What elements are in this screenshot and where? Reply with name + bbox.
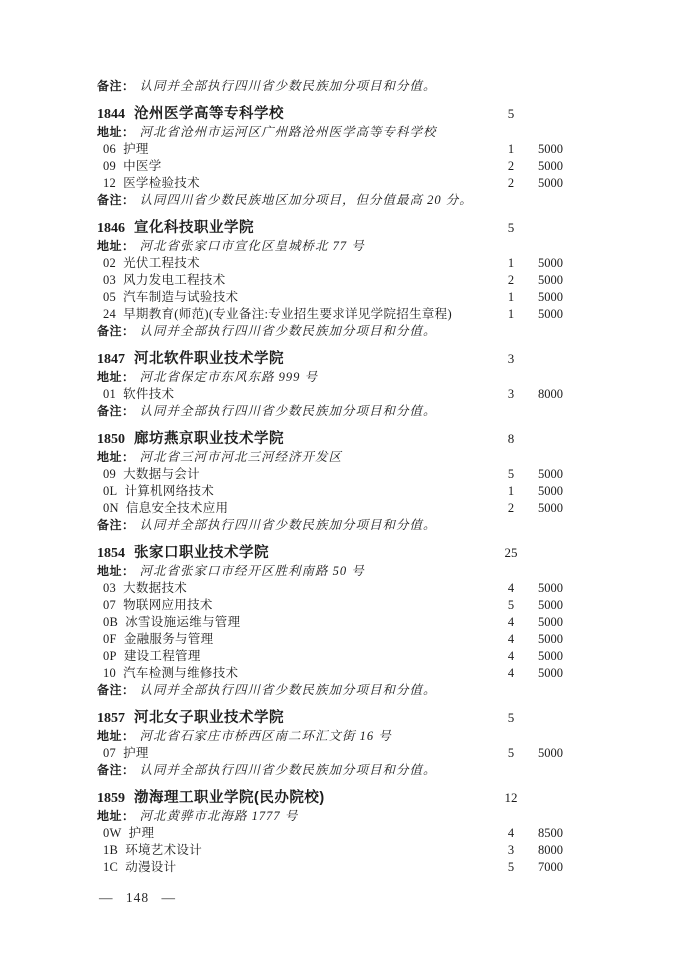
address-text: 河北省保定市东风东路 999 号 [140,370,319,384]
major-name: 环境艺术设计 [125,843,202,857]
major-tuition: 5000 [526,614,563,631]
address-row: 地址：河北省张家口市经开区胜利南路 50 号 [97,563,563,580]
major-row: 09大数据与会计 5 5000 [97,466,563,483]
section-note: 备注：认同并全部执行四川省少数民族加分项目和分值。 [97,517,563,534]
major-title: 1B环境艺术设计 [97,842,496,859]
document-page: { "labels": { "address": "地址：", "note": … [0,0,680,961]
major-name: 光伏工程技术 [123,256,200,270]
major-row: 24早期教育(师范)(专业备注:专业招生要求详见学院招生章程) 1 5000 [97,306,563,323]
major-name: 护理 [129,826,155,840]
major-list: 09大数据与会计 5 5000 0L计算机网络技术 1 5000 0N信息安全技… [97,466,563,517]
school-name: 沧州医学高等专科学校 [134,106,284,122]
major-row: 07护理 5 5000 [97,745,563,762]
major-row: 07物联网应用技术 5 5000 [97,597,563,614]
major-row: 01软件技术 3 8000 [97,386,563,403]
section-note: 备注：认同四川省少数民族地区加分项目，但分值最高 20 分。 [97,192,563,209]
major-list: 07护理 5 5000 [97,745,563,762]
major-plan-count: 5 [496,859,526,876]
address-label: 地址： [97,809,135,823]
major-name: 汽车制造与试验技术 [123,290,238,304]
major-row: 0F金融服务与管理 4 5000 [97,631,563,648]
major-plan-count: 2 [496,272,526,289]
major-code: 09 [103,159,116,173]
school-section: 1844沧州医学高等专科学校 5 地址：河北省沧州市运河区广州路沧州医学高等专科… [97,105,563,209]
major-tuition: 5000 [526,597,563,614]
major-code: 1B [103,843,118,857]
major-code: 0N [103,501,119,515]
major-row: 0B冰雪设施运维与管理 4 5000 [97,614,563,631]
address-row: 地址：河北省沧州市运河区广州路沧州医学高等专科学校 [97,124,563,141]
major-list: 06护理 1 5000 09中医学 2 5000 12医学检验技术 2 5000 [97,141,563,192]
note-text: 认同并全部执行四川省少数民族加分项目和分值。 [140,683,437,697]
major-plan-count: 5 [496,745,526,762]
note-text: 认同并全部执行四川省少数民族加分项目和分值。 [140,324,437,338]
major-tuition: 8000 [526,842,563,859]
major-name: 护理 [123,142,149,156]
major-row: 0W护理 4 8500 [97,825,563,842]
school-name: 河北女子职业技术学院 [134,710,284,726]
major-name: 计算机网络技术 [125,484,215,498]
major-title: 09大数据与会计 [97,466,496,483]
school-header: 1850廊坊燕京职业技术学院 8 [97,430,563,449]
school-name: 渤海理工职业学院(民办院校) [134,790,325,806]
major-plan-count: 5 [496,597,526,614]
major-plan-count: 1 [496,255,526,272]
major-plan-count: 2 [496,175,526,192]
major-row: 06护理 1 5000 [97,141,563,158]
address-label: 地址： [97,125,135,139]
section-note: 备注：认同并全部执行四川省少数民族加分项目和分值。 [97,323,563,340]
major-name: 金融服务与管理 [124,632,214,646]
major-row: 0P建设工程管理 4 5000 [97,648,563,665]
address-label: 地址： [97,564,135,578]
major-row: 0L计算机网络技术 1 5000 [97,483,563,500]
major-tuition: 7000 [526,859,563,876]
major-tuition: 5000 [526,648,563,665]
major-plan-count: 1 [496,483,526,500]
school-title: 1857河北女子职业技术学院 [97,709,496,728]
major-plan-count: 4 [496,614,526,631]
section-note: 备注：认同并全部执行四川省少数民族加分项目和分值。 [97,762,563,779]
major-name: 汽车检测与维修技术 [123,666,238,680]
major-plan-count: 4 [496,631,526,648]
major-code: 03 [103,273,116,287]
major-name: 早期教育(师范)(专业备注:专业招生要求详见学院招生章程) [123,307,452,321]
major-code: 0W [103,826,122,840]
school-code: 1857 [97,711,125,726]
major-name: 大数据与会计 [123,467,200,481]
school-section: 1850廊坊燕京职业技术学院 8 地址：河北省三河市河北三河经济开发区 09大数… [97,430,563,534]
major-title: 07物联网应用技术 [97,597,496,614]
address-row: 地址：河北黄骅市北海路 1777 号 [97,808,563,825]
major-title: 0P建设工程管理 [97,648,496,665]
major-row: 09中医学 2 5000 [97,158,563,175]
school-total-count: 5 [496,105,526,123]
school-code: 1847 [97,352,125,367]
major-plan-count: 4 [496,580,526,597]
address-row: 地址：河北省三河市河北三河经济开发区 [97,449,563,466]
note-label: 备注： [97,763,135,777]
major-plan-count: 2 [496,500,526,517]
major-list: 02光伏工程技术 1 5000 03风力发电工程技术 2 5000 05汽车制造… [97,255,563,323]
major-row: 02光伏工程技术 1 5000 [97,255,563,272]
major-name: 医学检验技术 [123,176,200,190]
major-tuition: 5000 [526,255,563,272]
major-code: 02 [103,256,116,270]
major-code: 0B [103,615,118,629]
major-code: 10 [103,666,116,680]
school-section: 1857河北女子职业技术学院 5 地址：河北省石家庄市桥西区南二环汇文街 16 … [97,709,563,779]
page-number: — 148 — [99,890,176,906]
school-section: 1846宣化科技职业学院 5 地址：河北省张家口市宣化区皇城桥北 77 号 02… [97,219,563,340]
school-title: 1846宣化科技职业学院 [97,219,496,238]
major-title: 0F金融服务与管理 [97,631,496,648]
note-text: 认同并全部执行四川省少数民族加分项目和分值。 [140,518,437,532]
note-text: 认同四川省少数民族地区加分项目，但分值最高 20 分。 [140,193,473,207]
major-tuition: 5000 [526,580,563,597]
major-tuition: 5000 [526,272,563,289]
major-code: 06 [103,142,116,156]
major-name: 信息安全技术应用 [126,501,228,515]
address-label: 地址： [97,239,135,253]
major-tuition: 5000 [526,745,563,762]
major-title: 03风力发电工程技术 [97,272,496,289]
school-header: 1847河北软件职业技术学院 3 [97,350,563,369]
school-section: 1854张家口职业技术学院 25 地址：河北省张家口市经开区胜利南路 50 号 … [97,544,563,699]
major-tuition: 5000 [526,665,563,682]
major-code: 12 [103,176,116,190]
address-row: 地址：河北省石家庄市桥西区南二环汇文街 16 号 [97,728,563,745]
major-title: 06护理 [97,141,496,158]
major-list: 0W护理 4 8500 1B环境艺术设计 3 8000 1C动漫设计 5 700… [97,825,563,876]
major-code: 03 [103,581,116,595]
major-title: 1C动漫设计 [97,859,496,876]
major-name: 动漫设计 [125,860,176,874]
major-row: 1B环境艺术设计 3 8000 [97,842,563,859]
school-header: 1854张家口职业技术学院 25 [97,544,563,563]
major-code: 05 [103,290,116,304]
school-header: 1844沧州医学高等专科学校 5 [97,105,563,124]
major-tuition: 5000 [526,289,563,306]
major-name: 中医学 [123,159,161,173]
address-text: 河北省三河市河北三河经济开发区 [140,450,343,464]
major-title: 09中医学 [97,158,496,175]
major-title: 03大数据技术 [97,580,496,597]
major-code: 0F [103,632,117,646]
major-tuition: 5000 [526,158,563,175]
major-name: 冰雪设施运维与管理 [125,615,240,629]
major-title: 0L计算机网络技术 [97,483,496,500]
address-text: 河北黄骅市北海路 1777 号 [140,809,299,823]
section-list: 1844沧州医学高等专科学校 5 地址：河北省沧州市运河区广州路沧州医学高等专科… [97,105,563,876]
school-section: 1859渤海理工职业学院(民办院校) 12 地址：河北黄骅市北海路 1777 号… [97,789,563,876]
major-tuition: 5000 [526,631,563,648]
address-row: 地址：河北省保定市东风东路 999 号 [97,369,563,386]
major-name: 大数据技术 [123,581,187,595]
note-text: 认同并全部执行四川省少数民族加分项目和分值。 [140,763,437,777]
major-plan-count: 1 [496,306,526,323]
major-row: 03风力发电工程技术 2 5000 [97,272,563,289]
major-tuition: 5000 [526,466,563,483]
note-text: 认同并全部执行四川省少数民族加分项目和分值。 [140,79,437,93]
address-label: 地址： [97,729,135,743]
document-content: 备注：认同并全部执行四川省少数民族加分项目和分值。 1844沧州医学高等专科学校… [97,78,563,876]
address-text: 河北省石家庄市桥西区南二环汇文街 16 号 [140,729,392,743]
major-row: 10汽车检测与维修技术 4 5000 [97,665,563,682]
major-row: 1C动漫设计 5 7000 [97,859,563,876]
major-title: 10汽车检测与维修技术 [97,665,496,682]
address-row: 地址：河北省张家口市宣化区皇城桥北 77 号 [97,238,563,255]
major-code: 24 [103,307,116,321]
major-plan-count: 1 [496,289,526,306]
major-row: 03大数据技术 4 5000 [97,580,563,597]
school-title: 1850廊坊燕京职业技术学院 [97,430,496,449]
major-list: 01软件技术 3 8000 [97,386,563,403]
note-label: 备注： [97,518,135,532]
major-code: 01 [103,387,116,401]
address-text: 河北省沧州市运河区广州路沧州医学高等专科学校 [140,125,437,139]
major-title: 05汽车制造与试验技术 [97,289,496,306]
major-title: 01软件技术 [97,386,496,403]
note-label: 备注： [97,683,135,697]
major-row: 05汽车制造与试验技术 1 5000 [97,289,563,306]
major-plan-count: 3 [496,386,526,403]
school-code: 1859 [97,791,125,806]
address-label: 地址： [97,370,135,384]
major-code: 0P [103,649,117,663]
major-title: 0B冰雪设施运维与管理 [97,614,496,631]
school-name: 廊坊燕京职业技术学院 [134,431,284,447]
major-code: 07 [103,598,116,612]
major-tuition: 8000 [526,386,563,403]
major-name: 风力发电工程技术 [123,273,225,287]
school-section: 1847河北软件职业技术学院 3 地址：河北省保定市东风东路 999 号 01软… [97,350,563,420]
major-title: 0N信息安全技术应用 [97,500,496,517]
school-code: 1844 [97,107,125,122]
major-name: 软件技术 [123,387,174,401]
school-header: 1859渤海理工职业学院(民办院校) 12 [97,789,563,808]
note-label: 备注： [97,404,135,418]
major-plan-count: 1 [496,141,526,158]
note-label: 备注： [97,193,135,207]
major-plan-count: 4 [496,648,526,665]
note-label: 备注： [97,324,135,338]
school-header: 1857河北女子职业技术学院 5 [97,709,563,728]
school-total-count: 5 [496,709,526,727]
school-title: 1859渤海理工职业学院(民办院校) [97,789,496,808]
major-name: 物联网应用技术 [123,598,213,612]
major-plan-count: 4 [496,665,526,682]
school-name: 宣化科技职业学院 [134,220,254,236]
major-plan-count: 4 [496,825,526,842]
school-code: 1846 [97,221,125,236]
note-text: 认同并全部执行四川省少数民族加分项目和分值。 [140,404,437,418]
major-list: 03大数据技术 4 5000 07物联网应用技术 5 5000 0B冰雪设施运维… [97,580,563,682]
major-code: 09 [103,467,116,481]
address-text: 河北省张家口市宣化区皇城桥北 77 号 [140,239,365,253]
major-code: 1C [103,860,118,874]
major-tuition: 8500 [526,825,563,842]
major-plan-count: 2 [496,158,526,175]
major-tuition: 5000 [526,500,563,517]
major-title: 02光伏工程技术 [97,255,496,272]
major-row: 0N信息安全技术应用 2 5000 [97,500,563,517]
major-title: 24早期教育(师范)(专业备注:专业招生要求详见学院招生章程) [97,306,496,323]
school-title: 1844沧州医学高等专科学校 [97,105,496,124]
section-note: 备注：认同并全部执行四川省少数民族加分项目和分值。 [97,682,563,699]
address-label: 地址： [97,450,135,464]
major-plan-count: 5 [496,466,526,483]
address-text: 河北省张家口市经开区胜利南路 50 号 [140,564,365,578]
school-total-count: 3 [496,350,526,368]
school-total-count: 8 [496,430,526,448]
major-tuition: 5000 [526,306,563,323]
major-plan-count: 3 [496,842,526,859]
continuation-note: 备注：认同并全部执行四川省少数民族加分项目和分值。 [97,78,563,95]
major-code: 0L [103,484,118,498]
school-title: 1847河北软件职业技术学院 [97,350,496,369]
major-title: 12医学检验技术 [97,175,496,192]
school-total-count: 12 [496,789,526,807]
major-tuition: 5000 [526,175,563,192]
major-row: 12医学检验技术 2 5000 [97,175,563,192]
school-total-count: 25 [496,544,526,562]
school-name: 张家口职业技术学院 [134,545,269,561]
major-tuition: 5000 [526,483,563,500]
school-title: 1854张家口职业技术学院 [97,544,496,563]
school-code: 1854 [97,546,125,561]
school-name: 河北软件职业技术学院 [134,351,284,367]
major-name: 建设工程管理 [124,649,201,663]
major-title: 0W护理 [97,825,496,842]
section-note: 备注：认同并全部执行四川省少数民族加分项目和分值。 [97,403,563,420]
school-total-count: 5 [496,219,526,237]
school-header: 1846宣化科技职业学院 5 [97,219,563,238]
major-code: 07 [103,746,116,760]
note-label: 备注： [97,79,135,93]
major-tuition: 5000 [526,141,563,158]
major-name: 护理 [123,746,149,760]
major-title: 07护理 [97,745,496,762]
school-code: 1850 [97,432,125,447]
